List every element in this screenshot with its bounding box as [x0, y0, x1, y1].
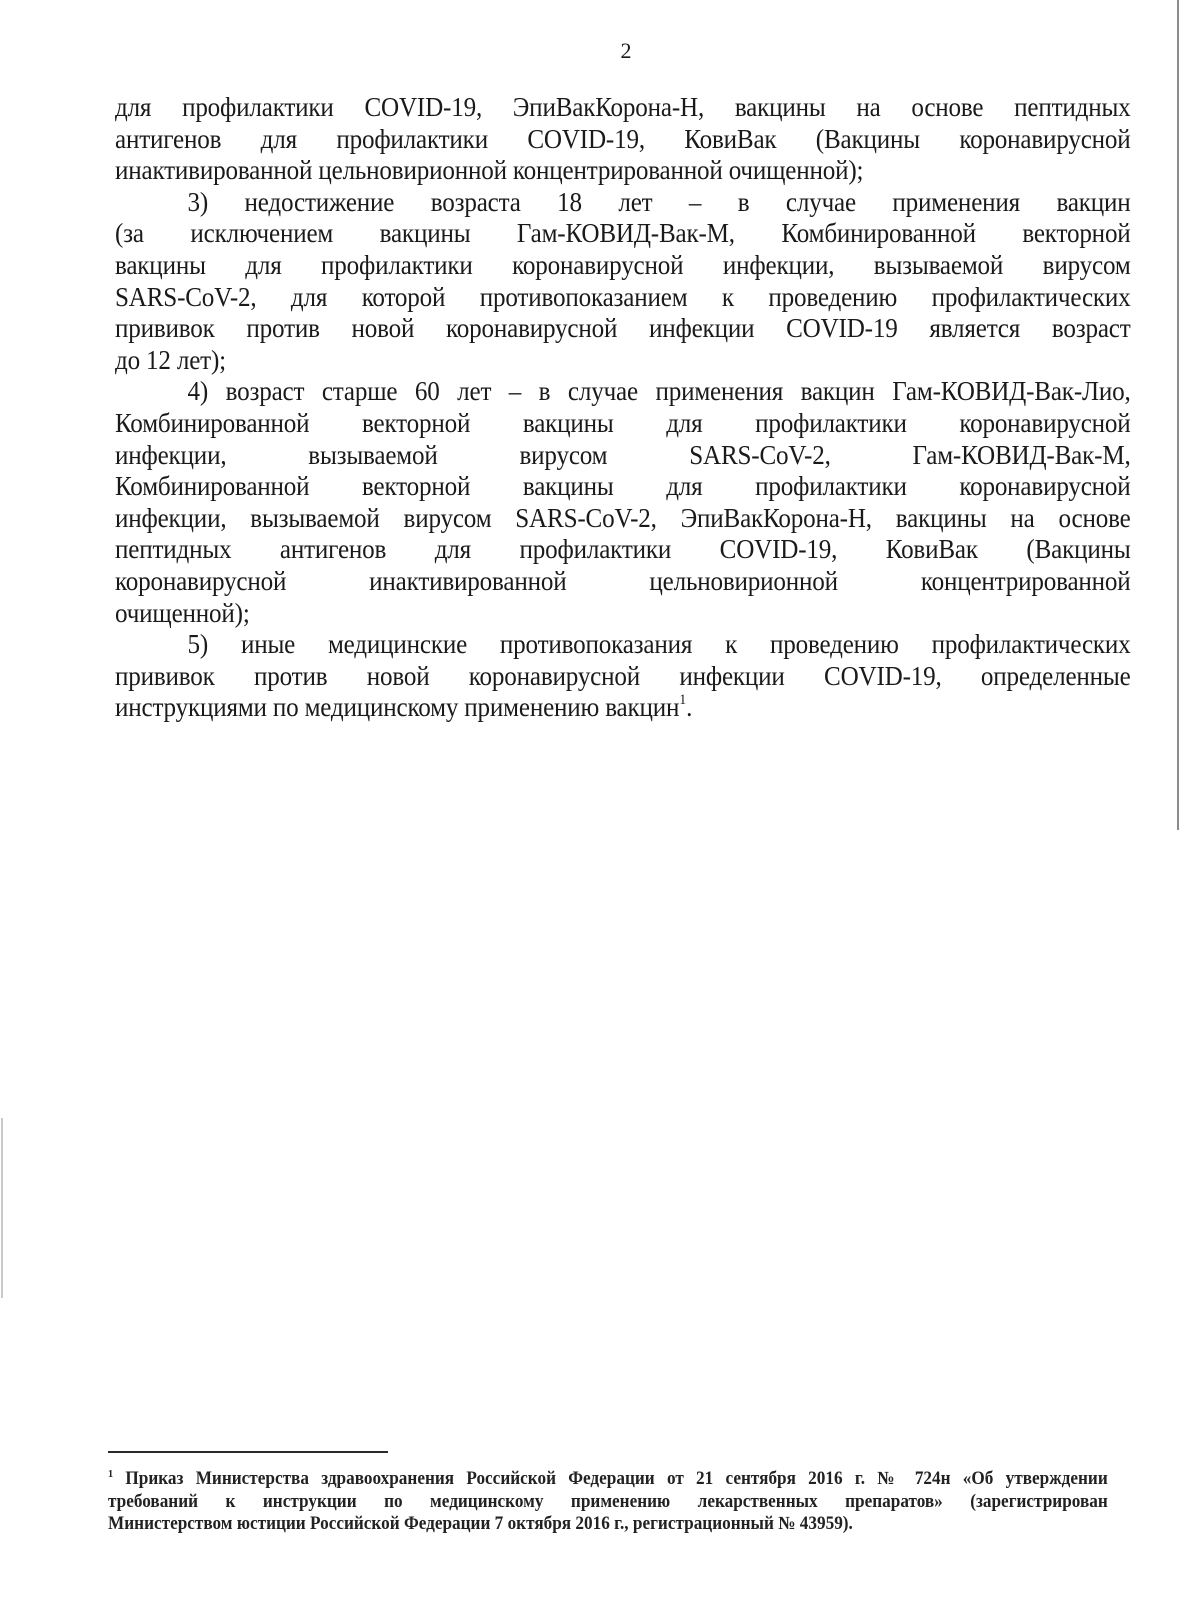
footnote-text: Приказ Министерства здравоохранения Росс… [125, 1469, 1107, 1489]
text-line: инактивированной цельновирионной концент… [115, 155, 1131, 187]
footnote-separator [108, 1451, 388, 1453]
footnote-line: требований к инструкции по медицинскому … [108, 1491, 1108, 1514]
footnote-line: 1 Приказ Министерства здравоохранения Ро… [108, 1468, 1108, 1491]
text-line-with-footnote: инструкциями по медицинскому применению … [115, 692, 1131, 724]
text-line: коронавирусной инактивированной цельнови… [115, 566, 1131, 598]
text-line: инфекции, вызываемой вирусом SARS-CoV-2,… [115, 440, 1131, 472]
list-item-4: 4) возраст старше 60 лет – в случае прим… [115, 376, 1131, 629]
text-line: вакцины для профилактики коронавирусной … [115, 250, 1131, 282]
text-line: 5) иные медицинские противопоказания к п… [115, 629, 1131, 661]
text-line: Комбинированной векторной вакцины для пр… [115, 408, 1131, 440]
text-line: прививок против новой коронавирусной инф… [115, 313, 1131, 345]
text-line: для профилактики COVID-19, ЭпиВакКорона-… [115, 92, 1131, 124]
text-line: 4) возраст старше 60 лет – в случае прим… [115, 376, 1131, 408]
text-line: антигенов для профилактики COVID-19, Ков… [115, 124, 1131, 156]
text-line: инструкциями по медицинскому применению … [115, 692, 679, 722]
text-line: до 12 лет); [115, 345, 1131, 377]
footnote-marker: 1 [108, 1468, 113, 1480]
text-line: 3) недостижение возраста 18 лет – в случ… [115, 187, 1131, 219]
text-line: пептидных антигенов для профилактики COV… [115, 534, 1131, 566]
list-item-5: 5) иные медицинские противопоказания к п… [115, 629, 1131, 724]
text-line: прививок против новой коронавирусной инф… [115, 661, 1131, 693]
footnote: 1 Приказ Министерства здравоохранения Ро… [108, 1468, 1108, 1536]
paragraph-continuation: для профилактики COVID-19, ЭпиВакКорона-… [115, 92, 1131, 187]
page-number: 2 [0, 38, 1181, 64]
footnote-line: Министерством юстиции Российской Федерац… [108, 1513, 1108, 1536]
text-line: SARS-CoV-2, для которой противопоказание… [115, 282, 1131, 314]
sentence-end: . [686, 692, 692, 722]
text-line: Комбинированной векторной вакцины для пр… [115, 471, 1131, 503]
text-line: (за исключением вакцины Гам-КОВИД-Вак-М,… [115, 218, 1131, 250]
document-body: для профилактики COVID-19, ЭпиВакКорона-… [115, 92, 1131, 724]
text-line: инфекции, вызываемой вирусом SARS-CoV-2,… [115, 503, 1131, 535]
list-item-3: 3) недостижение возраста 18 лет – в случ… [115, 187, 1131, 377]
text-line: очищенной); [115, 598, 1131, 630]
scan-edge-right [1177, 0, 1179, 830]
scan-edge-left [1, 1118, 3, 1298]
